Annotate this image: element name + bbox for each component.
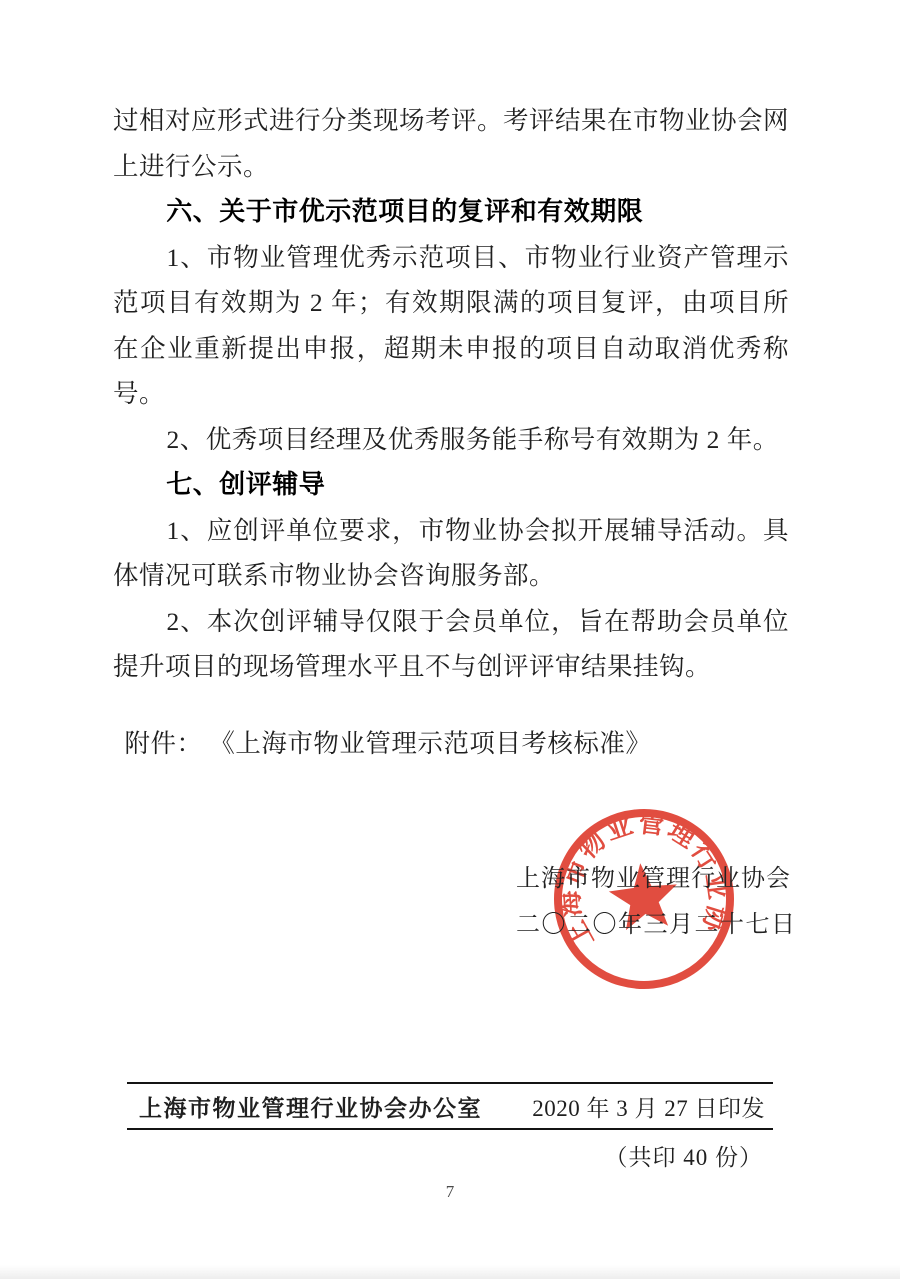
paragraph-seven-1: 1、应创评单位要求，市物业协会拟开展辅导活动。具体情况可联系市物业协会咨询服务部… — [113, 508, 789, 599]
section-heading-six: 六、关于市优示范项目的复评和有效期限 — [113, 189, 789, 235]
colophon-row: 上海市物业管理行业协会办公室 2020 年 3 月 27 日印发 — [127, 1082, 773, 1130]
scan-edge-shadow — [0, 1265, 900, 1279]
document-page: { "colors": { "seal_red": "#dd3526", "in… — [0, 0, 900, 1279]
signature-block: 上海市物业管理行业协会 二〇二〇年三月二十七日 — [516, 857, 797, 948]
section-heading-seven: 七、创评辅导 — [113, 462, 789, 508]
signature-organization: 上海市物业管理行业协会 — [516, 857, 797, 903]
colophon: 上海市物业管理行业协会办公室 2020 年 3 月 27 日印发 （共印 40 … — [127, 1082, 773, 1172]
paragraph-six-1: 1、市物业管理优秀示范项目、市物业行业资产管理示范项目有效期为 2 年；有效期限… — [113, 235, 789, 417]
document-body: 过相对应形式进行分类现场考评。考评结果在市物业协会网上进行公示。 六、关于市优示… — [113, 98, 789, 766]
paragraph-continuation: 过相对应形式进行分类现场考评。考评结果在市物业协会网上进行公示。 — [113, 98, 789, 189]
issuing-office: 上海市物业管理行业协会办公室 — [127, 1090, 482, 1123]
print-date: 2020 年 3 月 27 日印发 — [532, 1090, 773, 1123]
attachment-reference: 附件： 《上海市物业管理示范项目考核标准》 — [113, 721, 789, 767]
signature-date: 二〇二〇年三月二十七日 — [516, 903, 797, 949]
paragraph-six-2: 2、优秀项目经理及优秀服务能手称号有效期为 2 年。 — [113, 417, 789, 463]
page-number: 7 — [0, 1182, 900, 1202]
copies-count: （共印 40 份） — [127, 1139, 773, 1172]
paragraph-seven-2: 2、本次创评辅导仅限于会员单位，旨在帮助会员单位提升项目的现场管理水平且不与创评… — [113, 599, 789, 690]
